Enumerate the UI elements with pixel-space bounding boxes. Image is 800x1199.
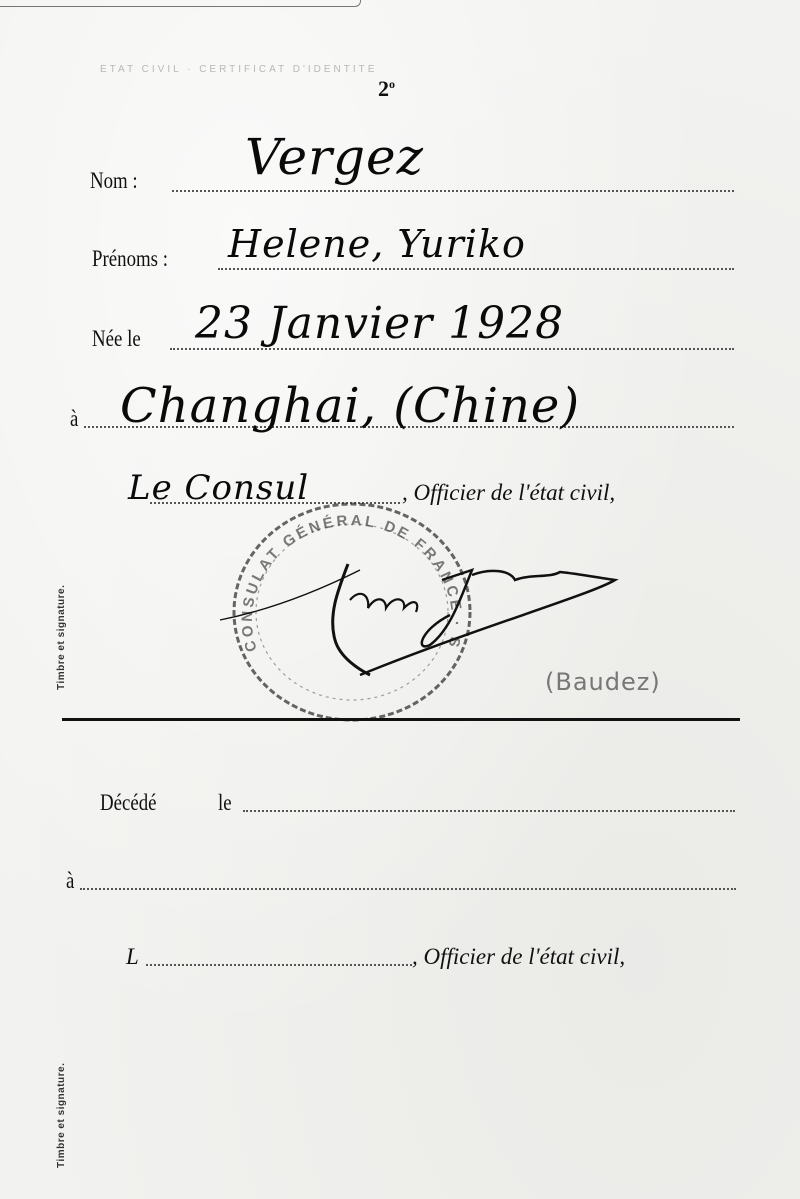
death-officer-title: , Officier de l'état civil, (412, 944, 625, 970)
death-date-label: le (218, 790, 232, 816)
stamp-signature-note-birth: Timbre et signature. (56, 585, 67, 690)
death-officer-prefix: L (126, 944, 139, 970)
page-number: 2o (378, 76, 395, 102)
nom-field-line (172, 190, 734, 192)
decede-label: Décédé (100, 790, 157, 816)
prenoms-value: Helene, Yuriko (228, 222, 526, 266)
prenoms-label: Prénoms : (92, 246, 168, 272)
birth-place-value: Changhai, (Chine) (120, 378, 580, 434)
birth-place-label: à (70, 406, 78, 432)
section-divider (62, 718, 740, 721)
nom-label: Nom : (90, 168, 138, 194)
page-number-suffix: o (389, 77, 395, 91)
death-date-field[interactable] (243, 810, 735, 812)
pencil-annotation: (Baudez) (545, 668, 661, 696)
document-page: ÉTAT CIVIL · CERTIFICAT D'IDENTITÉ 2o No… (0, 0, 800, 1199)
nom-value: Vergez (245, 128, 424, 186)
stamp-signature-note-death: Timbre et signature. (56, 1063, 67, 1168)
nee-value: 23 Janvier 1928 (195, 298, 564, 349)
death-place-field[interactable] (80, 888, 736, 890)
page-number-value: 2 (378, 76, 389, 101)
nee-label: Née le (92, 326, 141, 352)
prenoms-field-line (218, 268, 734, 270)
death-officer-field[interactable] (146, 964, 412, 966)
death-place-label: à (66, 868, 74, 894)
paper-edge (0, 0, 361, 7)
